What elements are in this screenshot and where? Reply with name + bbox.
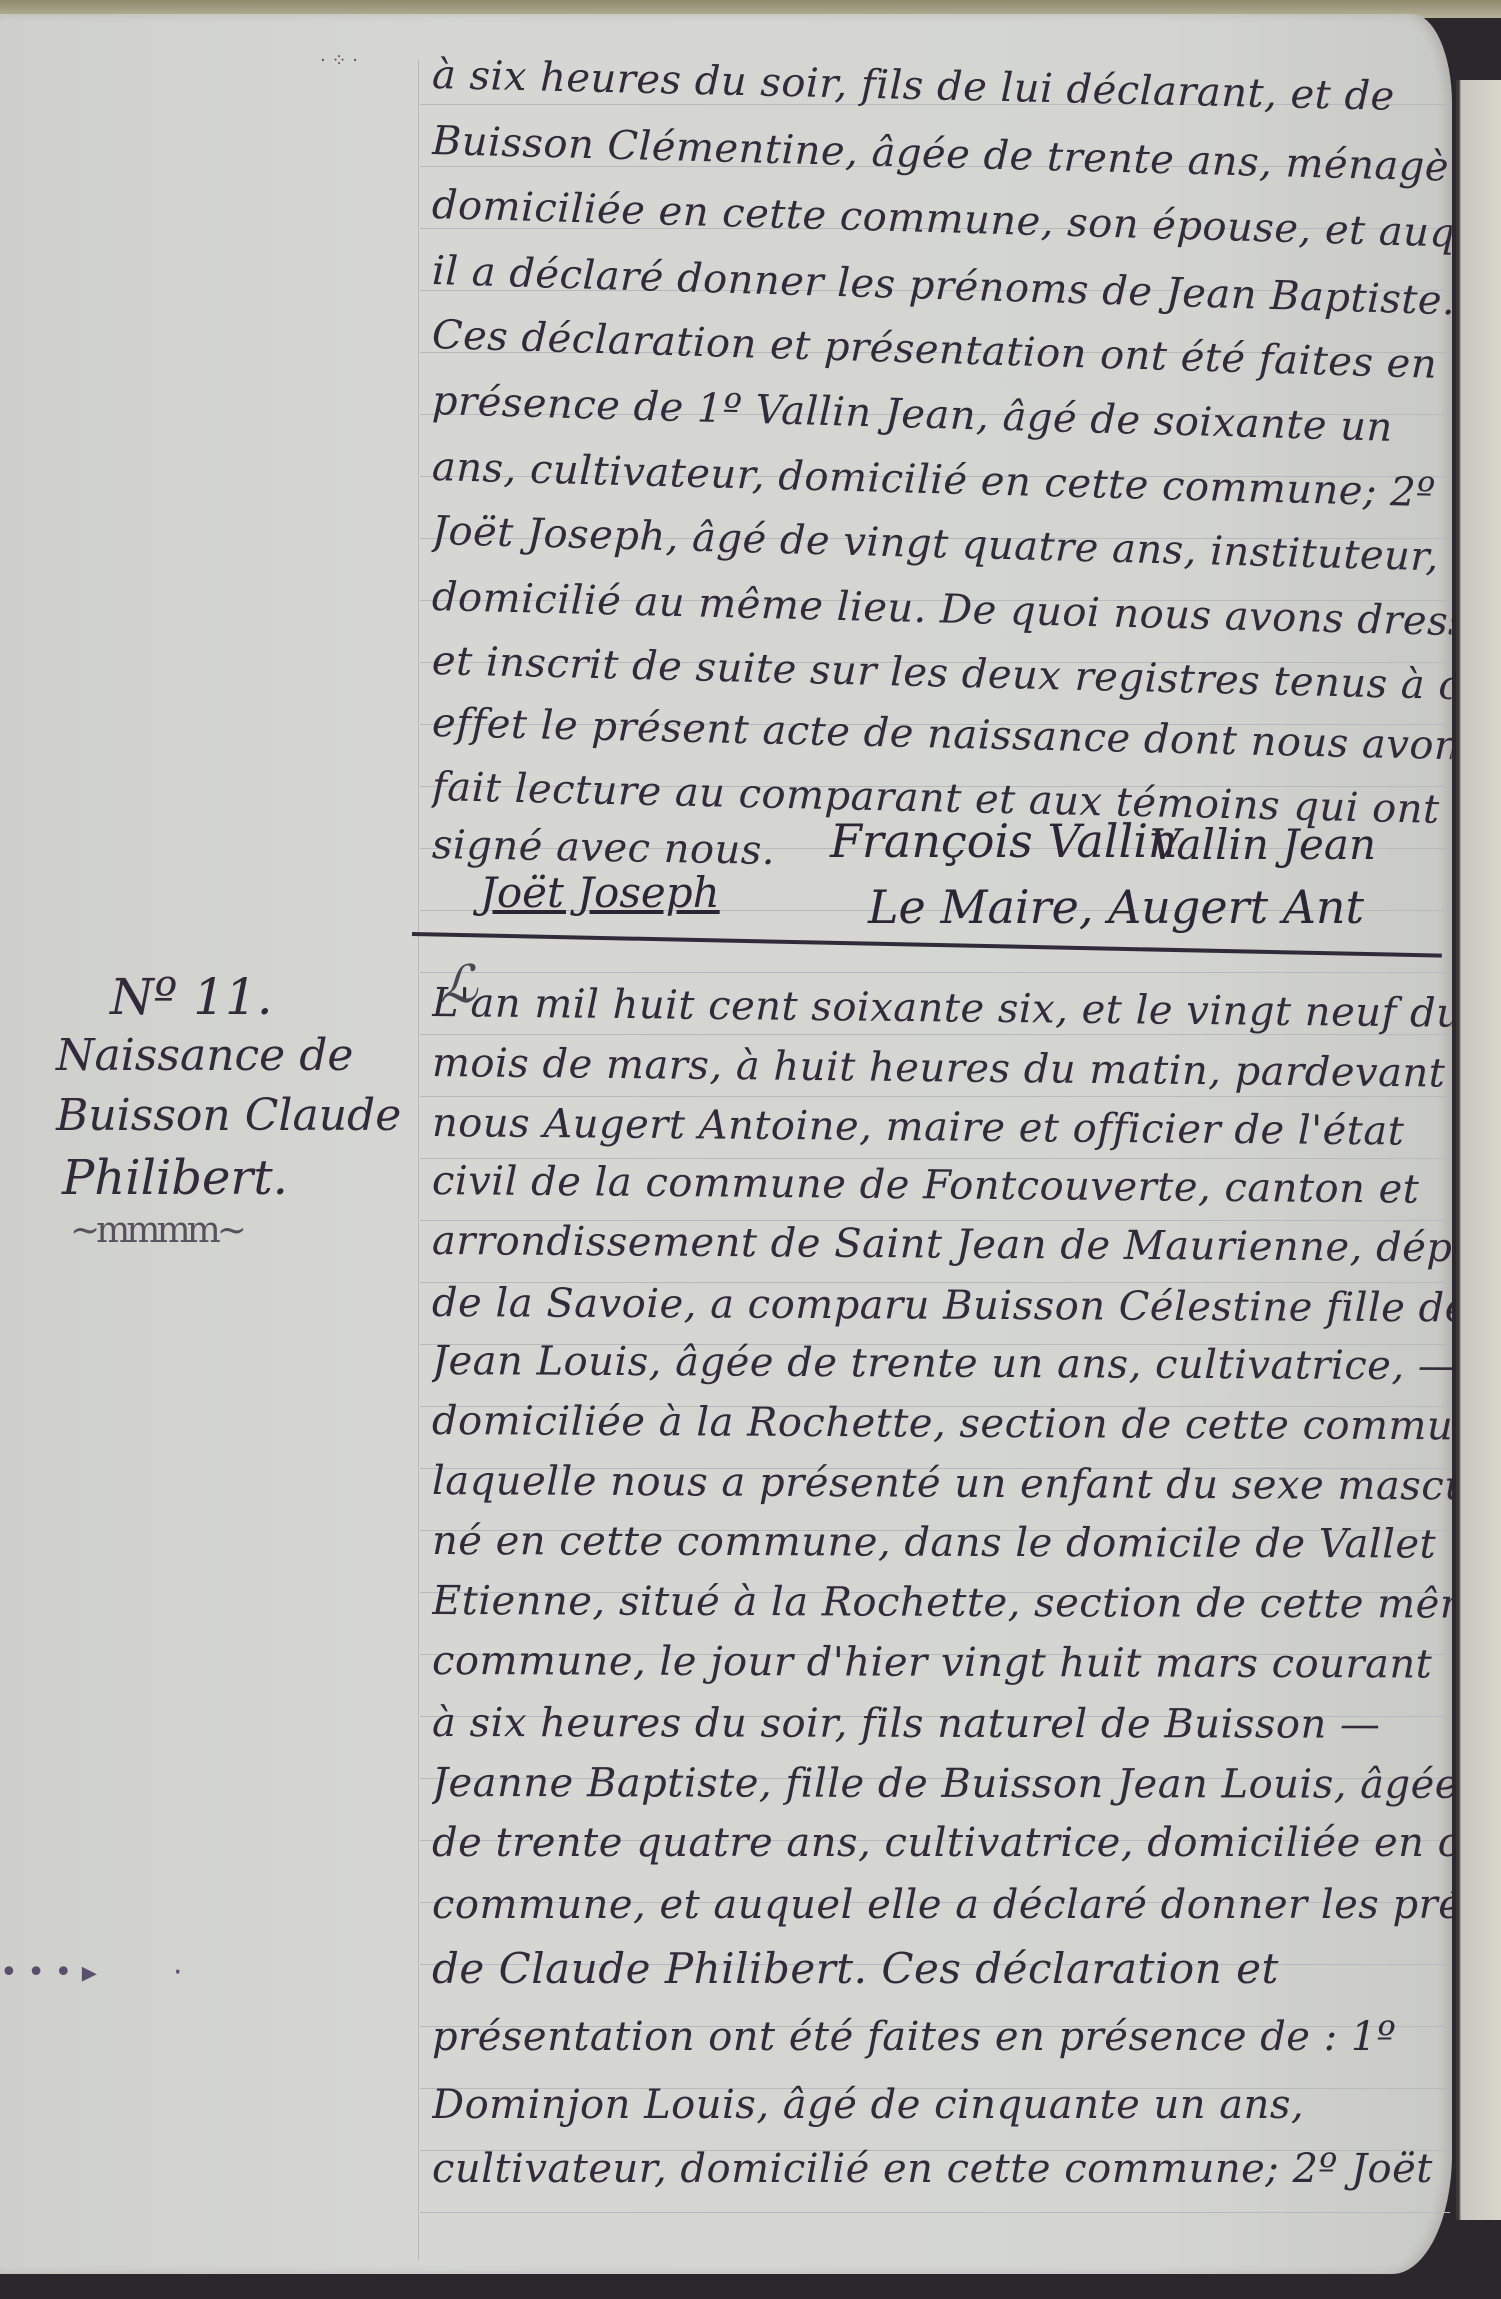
margin-title-line: Philibert. — [62, 1150, 288, 1206]
text-line: à six heures du soir, fils naturel de Bu… — [432, 1700, 1452, 1748]
ruled-line — [420, 2212, 1450, 2213]
next-page-edge — [1456, 80, 1501, 2220]
ink-blots: • • • ▸ · — [0, 1955, 183, 1990]
signature-declarant: François Vallin — [830, 814, 1178, 868]
margin-title-line: Buisson Claude — [56, 1090, 401, 1141]
text-line: arrondissement de Saint Jean de Maurienn… — [432, 1218, 1452, 1271]
margin-rule — [418, 60, 419, 2260]
act-number: Nº 11. — [110, 968, 273, 1026]
text-line: commune, le jour d'hier vingt huit mars … — [432, 1638, 1452, 1688]
text-line: né en cette commune, dans le domicile de… — [432, 1518, 1452, 1568]
signature-witness-2: Joët Joseph — [480, 868, 720, 917]
text-line: domiciliée à la Rochette, section de cet… — [432, 1398, 1452, 1449]
text-line: de la Savoie, a comparu Buisson Célestin… — [432, 1280, 1452, 1331]
text-line: Jean Louis, âgée de trente un ans, culti… — [432, 1338, 1452, 1389]
text-line: cultivateur, domicilié en cette commune;… — [432, 2146, 1452, 2192]
margin-title-line: Naissance de — [56, 1030, 353, 1081]
text-line: nous Augert Antoine, maire et officier d… — [432, 1100, 1452, 1155]
signature-mayor: Le Maire, Augert Ant — [868, 880, 1364, 934]
text-line: commune, et auquel elle a déclaré donner… — [432, 1882, 1452, 1928]
margin-flourish: ~mmmm~ — [70, 1210, 243, 1251]
text-line: de trente quatre ans, cultivatrice, domi… — [432, 1820, 1452, 1866]
text-line: Etienne, situé à la Rochette, section de… — [432, 1578, 1452, 1628]
text-line: Jeanne Baptiste, fille de Buisson Jean L… — [432, 1760, 1452, 1808]
text-line: civil de la commune de Fontcouverte, can… — [432, 1158, 1452, 1213]
ruled-line — [420, 1096, 1450, 1097]
ruled-line — [420, 972, 1450, 973]
signature-witness-1: Vallin Jean — [1150, 820, 1376, 869]
ink-specks: · ⁘ · — [320, 50, 358, 71]
text-line: Dominjon Louis, âgé de cinquante un ans, — [432, 2082, 1452, 2128]
text-line: de Claude Philibert. Ces déclaration et — [432, 1944, 1452, 1993]
text-line: laquelle nous a présenté un enfant du se… — [432, 1458, 1452, 1509]
text-line: présentation ont été faites en présence … — [432, 2014, 1452, 2060]
